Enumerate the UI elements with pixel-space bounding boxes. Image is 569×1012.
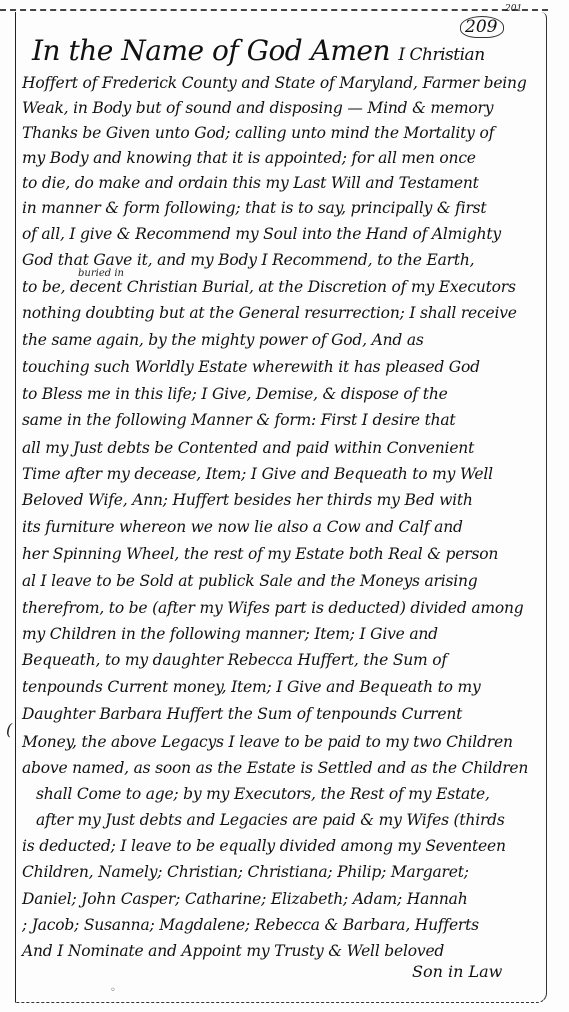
text-line: to die, do make and ordain this my Last … [22,174,542,192]
text-line: Time after my decease, Item; I Give and … [22,465,542,483]
text-line: Thanks be Given unto God; calling unto m… [22,124,542,142]
will-heading: In the Name of God Amen I Christian [32,34,552,67]
text-line: my Body and knowing that it is appointed… [22,149,542,167]
text-line: Beloved Wife, Ann; Huffert besides her t… [22,491,542,509]
signoff-text: Son in Law [412,962,502,981]
text-line: to be, decent Christian Burial, at the D… [22,278,542,296]
text-line: And I Nominate and Appoint my Trusty & W… [22,942,542,960]
document-page: 201 209 In the Name of God Amen I Christ… [0,0,569,1012]
text-line: is deducted; I leave to be equally divid… [22,837,542,855]
text-line: touching such Worldly Estate wherewith i… [22,358,542,376]
text-line: Bequeath, to my daughter Rebecca Huffert… [22,651,542,669]
corner-note: 201 [505,4,522,14]
text-line: my Children in the following manner; Ite… [22,625,542,643]
text-line: nothing doubting but at the General resu… [22,304,542,322]
heading-testator: I Christian [398,45,484,65]
text-line: to Bless me in this life; I Give, Demise… [22,385,542,403]
text-line: Children, Namely; Christian; Christiana;… [22,863,542,881]
text-line: above named, as soon as the Estate is Se… [22,759,542,777]
text-line: same in the following Manner & form: Fir… [22,411,542,429]
text-line: ; Jacob; Susanna; Magdalene; Rebecca & B… [22,916,542,934]
page-top-border [0,9,548,11]
text-line: Weak, in Body but of sound and disposing… [22,99,542,117]
text-line: Daughter Barbara Huffert the Sum of tenp… [22,705,542,723]
text-line: all my Just debts be Contented and paid … [22,439,542,457]
text-line: Money, the above Legacys I leave to be p… [22,733,542,751]
text-line: shall Come to age; by my Executors, the … [36,785,556,803]
text-line: in manner & form following; that is to s… [22,199,542,217]
text-line: God that Gave it, and my Body I Recommen… [22,251,542,269]
text-line: al I leave to be Sold at publick Sale an… [22,572,542,590]
text-line: the same again, by the mighty power of G… [22,331,542,349]
text-line: its furniture whereon we now lie also a … [22,518,542,536]
text-line: of all, I give & Recommend my Soul into … [22,225,542,243]
text-line: Daniel; John Casper; Catharine; Elizabet… [22,890,542,908]
text-line: after my Just debts and Legacies are pai… [36,811,556,829]
text-line: Hoffert of Frederick County and State of… [22,74,542,92]
heading-text: In the Name of God Amen [32,34,390,67]
margin-mark: ( [6,720,12,739]
ink-blot: ◦ [110,985,116,996]
text-line: tenpounds Current money, Item; I Give an… [22,678,542,696]
text-line: therefrom, to be (after my Wifes part is… [22,599,542,617]
text-line: her Spinning Wheel, the rest of my Estat… [22,545,542,563]
